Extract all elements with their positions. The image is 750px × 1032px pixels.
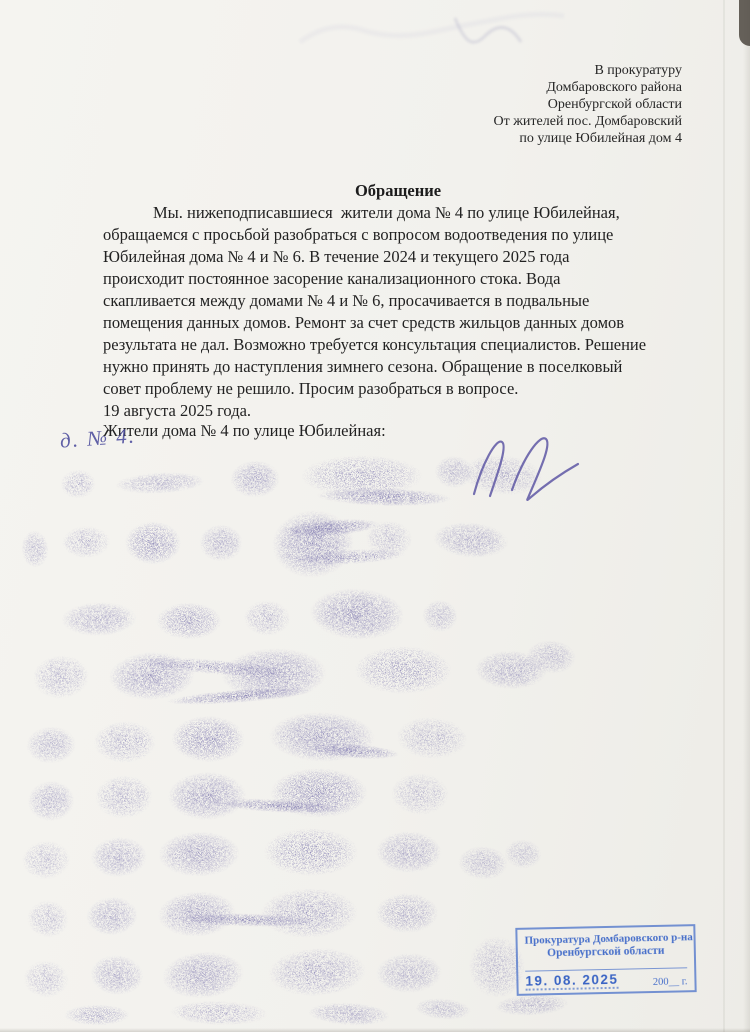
body-line: Юбилейная дома № 4 и № 6. В течение 2024… (103, 246, 703, 268)
signature-blob (56, 1002, 138, 1028)
body-line: результата не дал. Возможно требуется ко… (103, 334, 703, 356)
addressee-line: От жителей пос. Домбаровский (494, 113, 682, 130)
signature-blob (383, 767, 456, 821)
scanner-corner-shadow (739, 0, 750, 46)
signature-blob (147, 825, 250, 884)
stamp-year-blank: 200__ г. (653, 976, 688, 988)
signature-blob (55, 521, 116, 563)
signature-blob (118, 516, 188, 570)
signature-blob (451, 840, 515, 885)
signature-blob (342, 640, 464, 700)
signature-blob (20, 774, 82, 828)
signature-blob (162, 710, 254, 768)
signature-blob (368, 888, 446, 938)
page-bottom-edge-shadow (0, 1028, 750, 1032)
scanned-document-page: В прокуратуру Домбаровского района Оренб… (0, 0, 750, 1032)
stamp-date: 19. 08. 2025 (525, 972, 618, 991)
signature-blob (19, 720, 83, 769)
signature-blob (259, 498, 367, 590)
body-line: нужно принять до наступления зимнего сез… (103, 356, 703, 378)
body-line: 19 августа 2025 года. (103, 400, 703, 422)
body-line: совет проблему не решило. Просим разобра… (103, 378, 703, 400)
signature-blob (51, 597, 146, 641)
body-line: обращаемся с просьбой разобраться с вопр… (103, 224, 703, 246)
signature-blob (158, 996, 281, 1029)
signature-blob (148, 598, 230, 644)
signature-blob (367, 825, 450, 879)
signature-blob (20, 894, 75, 944)
signature-blob (82, 947, 152, 1002)
signature-blob (78, 890, 146, 943)
signature-blob (416, 594, 463, 637)
body-paragraph: Мы. нижеподписавшиеся жители дома № 4 по… (103, 202, 703, 422)
signature-blob (103, 467, 216, 499)
addressee-line: Оренбургской области (494, 96, 682, 113)
document-title: Обращение (103, 181, 693, 201)
stamp-date-row: 19. 08. 2025 200__ г. (525, 967, 687, 990)
signature-blob (223, 455, 286, 503)
signature-blob (55, 464, 102, 503)
handwritten-house-note: д. № 4. (59, 423, 136, 453)
addressee-line: по улице Юбилейная дом 4 (494, 130, 682, 147)
signature-blob (17, 525, 53, 573)
stamp-org-line: Оренбургской области (525, 944, 687, 959)
addressee-block: В прокуратуру Домбаровского района Оренб… (494, 62, 682, 147)
signature-blob (407, 993, 479, 1024)
page-right-edge-shadow (743, 0, 750, 1032)
signature-blob (24, 647, 98, 706)
body-line: Мы. нижеподписавшиеся жители дома № 4 по… (103, 202, 703, 224)
signature-blob (255, 939, 380, 1005)
signature-blob (297, 997, 400, 1030)
body-line: скапливается между домами № 4 и № 6, про… (103, 290, 703, 312)
signature-blob (422, 514, 519, 565)
body-line: помещения данных домов. Ремонт за счет с… (103, 312, 703, 334)
paper-fold-line (723, 0, 725, 1032)
body-line: происходит постоянное засорение канализа… (103, 268, 703, 290)
addressee-line: Домбаровского района (494, 79, 682, 96)
signature-blob (193, 519, 248, 566)
addressee-line: В прокуратуру (494, 62, 682, 79)
signature-blob (17, 955, 75, 1004)
residents-heading: Жители дома № 4 по улице Юбилейная: (103, 421, 386, 441)
signature-blob (14, 834, 78, 887)
signature-blob (296, 579, 417, 649)
signature-blob (367, 947, 450, 999)
signature-blob (83, 830, 156, 884)
signature-blob (237, 595, 296, 641)
ghost-handwriting (0, 0, 750, 70)
signature-blob (252, 822, 370, 882)
prosecutor-office-stamp: Прокуратура Домбаровского р-на Оренбургс… (515, 924, 696, 996)
signature-blob (87, 768, 162, 826)
signature-blob (85, 715, 164, 769)
